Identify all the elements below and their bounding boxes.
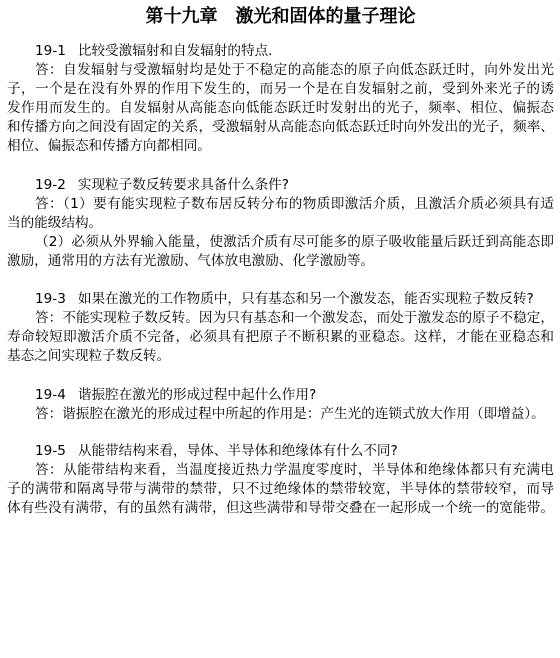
answer-line: 子，一个是在没有外界的作用下发生的，而另一个是在自发辐射之前，受到外来光子的诱 bbox=[7, 80, 554, 99]
question-text: 比较受激辐射和自发辐射的特点. bbox=[78, 43, 273, 59]
question-number: 19-5 bbox=[35, 442, 66, 461]
answer-line: 子的满带和隔离导带与满带的禁带，只不过绝缘体的禁带较宽，半导体的禁带较窄，而导 bbox=[7, 480, 554, 499]
answer-line: 答：不能实现粒子数反转。因为只有基态和一个激发态，而处于激发态的原子不稳定， bbox=[7, 309, 554, 328]
document-page: 第十九章激光和固体的量子理论 19-1比较受激辐射和自发辐射的特点. 答：自发辐… bbox=[7, 0, 554, 518]
question-number: 19-4 bbox=[35, 386, 66, 405]
answer-line: 和传播方向之间没有固定的关系，受激辐射从高能态向低态跃迁时向外发出的光子，频率、 bbox=[7, 118, 554, 137]
question-line: 19-3如果在激光的工作物质中，只有基态和另一个激发态，能否实现粒子数反转? bbox=[7, 290, 554, 309]
answer-line: 当的能级结构。 bbox=[7, 214, 554, 233]
question-number: 19-2 bbox=[35, 176, 66, 195]
answer-line: （2）必须从外界输入能量，使激活介质有尽可能多的原子吸收能量后跃迁到高能态即 bbox=[7, 233, 554, 252]
question-block-19-4: 19-4谐振腔在激光的形成过程中起什么作用? 答：谐振腔在激光的形成过程中所起的… bbox=[7, 386, 554, 424]
question-number: 19-3 bbox=[35, 290, 66, 309]
question-number: 19-1 bbox=[35, 42, 66, 61]
question-line: 19-1比较受激辐射和自发辐射的特点. bbox=[7, 42, 554, 61]
question-line: 19-2实现粒子数反转要求具备什么条件? bbox=[7, 176, 554, 195]
question-block-19-5: 19-5从能带结构来看，导体、半导体和绝缘体有什么不同? 答：从能带结构来看，当… bbox=[7, 442, 554, 518]
answer-line: 体有些没有满带，有的虽然有满带，但这些满带和导带交叠在一起形成一个统一的宽能带。 bbox=[7, 499, 554, 518]
answer-line: 答：谐振腔在激光的形成过程中所起的作用是：产生光的连锁式放大作用（即增益）。 bbox=[7, 405, 554, 424]
answer-line: 寿命较短即激活介质不完备，必须具有把原子不断积累的亚稳态。这样，才能在亚稳态和 bbox=[7, 328, 554, 347]
question-text: 谐振腔在激光的形成过程中起什么作用? bbox=[78, 387, 316, 403]
answer-line: 答：从能带结构来看，当温度接近热力学温度零度时，半导体和绝缘体都只有充满电 bbox=[7, 461, 554, 480]
question-text: 实现粒子数反转要求具备什么条件? bbox=[78, 177, 289, 193]
answer-line: 发作用而发生的。自发辐射从高能态向低能态跃迁时发射出的光子，频率、相位、偏振态 bbox=[7, 99, 554, 118]
question-text: 从能带结构来看，导体、半导体和绝缘体有什么不同? bbox=[78, 443, 398, 459]
question-line: 19-4谐振腔在激光的形成过程中起什么作用? bbox=[7, 386, 554, 405]
question-block-19-1: 19-1比较受激辐射和自发辐射的特点. 答：自发辐射与受激辐射均是处于不稳定的高… bbox=[7, 42, 554, 156]
question-line: 19-5从能带结构来看，导体、半导体和绝缘体有什么不同? bbox=[7, 442, 554, 461]
question-text: 如果在激光的工作物质中，只有基态和另一个激发态，能否实现粒子数反转? bbox=[78, 291, 534, 307]
question-block-19-3: 19-3如果在激光的工作物质中，只有基态和另一个激发态，能否实现粒子数反转? 答… bbox=[7, 290, 554, 366]
answer-line: 相位、偏振态和传播方向都相同。 bbox=[7, 137, 554, 156]
question-block-19-2: 19-2实现粒子数反转要求具备什么条件? 答：（1）要有能实现粒子数布居反转分布… bbox=[7, 176, 554, 271]
chapter-name: 激光和固体的量子理论 bbox=[236, 6, 416, 27]
answer-line: 答：（1）要有能实现粒子数布居反转分布的物质即激活介质，且激活介质必须具有适 bbox=[7, 195, 554, 214]
answer-line: 基态之间实现粒子数反转。 bbox=[7, 347, 554, 366]
answer-line: 激励，通常用的方法有光激励、气体放电激励、化学激励等。 bbox=[7, 252, 554, 271]
answer-line: 答：自发辐射与受激辐射均是处于不稳定的高能态的原子向低态跃迁时，向外发出光 bbox=[7, 61, 554, 80]
chapter-title: 第十九章激光和固体的量子理论 bbox=[7, 5, 554, 33]
chapter-number: 第十九章 bbox=[146, 6, 218, 27]
